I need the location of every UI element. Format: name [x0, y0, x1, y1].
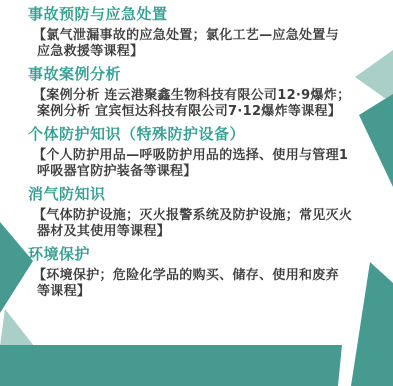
decor-bottom-band: [0, 345, 342, 386]
course-list: 事故预防与应急处置 【氯气泄漏事故的应急处置；氯化工艺—应急处置与 应急救援等课…: [0, 6, 372, 306]
section-case-analysis: 事故案例分析 【案例分析 连云港聚鑫生物科技有限公司12·9爆炸； 案例分析 宜…: [28, 66, 372, 120]
section-body-line: 应急救援等课程】: [28, 44, 372, 60]
section-body-line: 【气体防护设施；灭火报警系统及防护设施；常见灭火: [28, 208, 372, 224]
section-body-line: 呼吸器官防护装备等课程】: [28, 164, 372, 180]
section-body-line: 【氯气泄漏事故的应急处置；氯化工艺—应急处置与: [28, 28, 372, 44]
section-fire-gas-knowledge: 消气防知识 【气体防护设施；灭火报警系统及防护设施；常见灭火 器材及其使用等课程…: [28, 186, 372, 240]
section-body-line: 器材及其使用等课程】: [28, 224, 372, 240]
decor-triangle-left-light-icon: [0, 309, 34, 346]
section-body-line: 等课程】: [28, 284, 372, 300]
section-heading: 消气防知识: [28, 186, 372, 203]
section-personal-protection: 个体防护知识（特殊防护设备） 【个人防护用品—呼吸防护用品的选择、使用与管理1 …: [28, 126, 372, 180]
section-emergency-handling: 事故预防与应急处置 【氯气泄漏事故的应急处置；氯化工艺—应急处置与 应急救援等课…: [28, 6, 372, 60]
section-body-line: 【环境保护；危险化学品的购买、储存、使用和废弃: [28, 268, 372, 284]
slide: 事故预防与应急处置 【氯气泄漏事故的应急处置；氯化工艺—应急处置与 应急救援等课…: [0, 0, 393, 386]
section-heading: 个体防护知识（特殊防护设备）: [28, 126, 372, 143]
section-body-line: 【个人防护用品—呼吸防护用品的选择、使用与管理1: [28, 148, 372, 164]
section-environment-protection: 环境保护 【环境保护；危险化学品的购买、储存、使用和废弃 等课程】: [28, 246, 372, 300]
section-body-line: 【案例分析 连云港聚鑫生物科技有限公司12·9爆炸；: [28, 88, 372, 104]
section-heading: 环境保护: [28, 246, 372, 263]
section-body-line: 案例分析 宜宾恒达科技有限公司7·12爆炸等课程】: [28, 104, 372, 120]
section-heading: 事故预防与应急处置: [28, 6, 372, 23]
section-heading: 事故案例分析: [28, 66, 372, 83]
